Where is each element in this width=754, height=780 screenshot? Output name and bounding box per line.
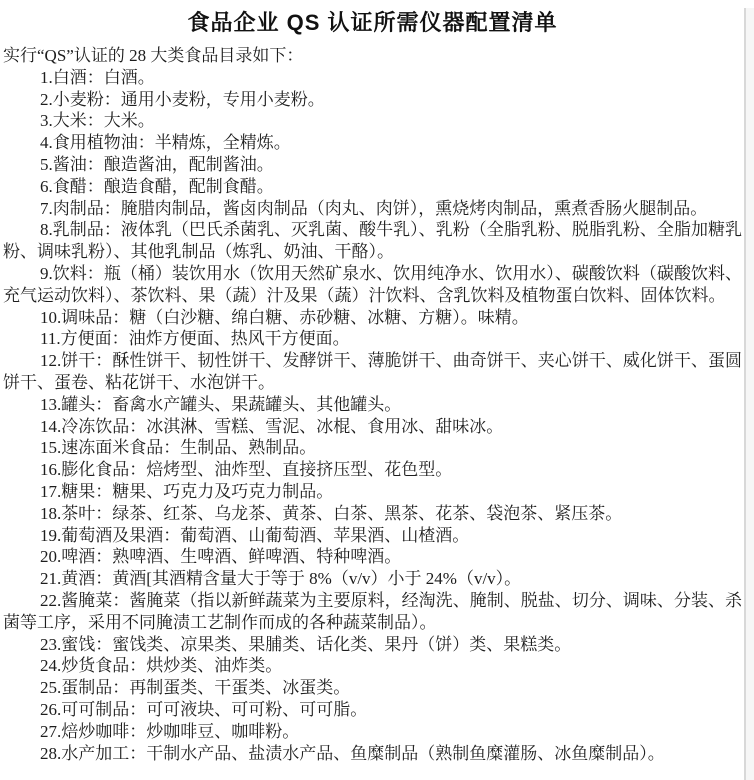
list-item-18: 18.茶叶：绿茶、红茶、乌龙茶、黄茶、白茶、黑茶、花茶、袋泡茶、紧压茶。 bbox=[3, 503, 742, 525]
list-item-1: 1.白酒：白酒。 bbox=[3, 67, 742, 89]
list-item-8: 8.乳制品：液体乳（巴氏杀菌乳、灭乳菌、酸牛乳）、乳粉（全脂乳粉、脱脂乳粉、全脂… bbox=[3, 219, 742, 263]
list-item-2: 2.小麦粉：通用小麦粉，专用小麦粉。 bbox=[3, 89, 742, 111]
list-item-5: 5.酱油：酿造酱油，配制酱油。 bbox=[3, 154, 742, 176]
document-content: 食品企业 QS 认证所需仪器配置清单 实行“QS”认证的 28 大类食品目录如下… bbox=[0, 8, 744, 764]
list-item-19: 19.葡萄酒及果酒：葡萄酒、山葡萄酒、苹果酒、山楂酒。 bbox=[3, 525, 742, 547]
scan-edge-right-margin bbox=[746, 8, 754, 780]
list-item-26: 26.可可制品：可可液块、可可粉、可可脂。 bbox=[3, 699, 742, 721]
list-item-7: 7.肉制品：腌腊肉制品，酱卤肉制品（肉丸、肉饼），熏烧烤肉制品，熏煮香肠火腿制品… bbox=[3, 198, 742, 220]
list-item-20: 20.啤酒：熟啤酒、生啤酒、鲜啤酒、特种啤酒。 bbox=[3, 546, 742, 568]
list-item-11: 11.方便面：油炸方便面、热风干方便面。 bbox=[3, 328, 742, 350]
list-item-3: 3.大米：大米。 bbox=[3, 110, 742, 132]
list-item-6: 6.食醋：酿造食醋，配制食醋。 bbox=[3, 176, 742, 198]
list-item-14: 14.冷冻饮品：冰淇淋、雪糕、雪泥、冰棍、食用冰、甜味冰。 bbox=[3, 416, 742, 438]
list-item-15: 15.速冻面米食品：生制品、熟制品。 bbox=[3, 437, 742, 459]
list-item-4: 4.食用植物油：半精炼，全精炼。 bbox=[3, 132, 742, 154]
list-item-17: 17.糖果：糖果、巧克力及巧克力制品。 bbox=[3, 481, 742, 503]
document-title: 食品企业 QS 认证所需仪器配置清单 bbox=[3, 8, 742, 37]
list-item-25: 25.蛋制品：再制蛋类、干蛋类、冰蛋类。 bbox=[3, 677, 742, 699]
list-item-22: 22.酱腌菜：酱腌菜（指以新鲜蔬菜为主要原料，经淘洗、腌制、脱盐、切分、调味、分… bbox=[3, 590, 742, 634]
list-item-13: 13.罐头：畜禽水产罐头、果蔬罐头、其他罐头。 bbox=[3, 394, 742, 416]
list-item-16: 16.膨化食品：焙烤型、油炸型、直接挤压型、花色型。 bbox=[3, 459, 742, 481]
list-item-12: 12.饼干：酥性饼干、韧性饼干、发酵饼干、薄脆饼干、曲奇饼干、夹心饼干、威化饼干… bbox=[3, 350, 742, 394]
list-item-24: 24.炒货食品：烘炒类、油炸类。 bbox=[3, 655, 742, 677]
list-item-27: 27.焙炒咖啡：炒咖啡豆、咖啡粉。 bbox=[3, 721, 742, 743]
intro-line: 实行“QS”认证的 28 大类食品目录如下： bbox=[3, 45, 742, 67]
list-item-9: 9.饮料：瓶（桶）装饮用水（饮用天然矿泉水、饮用纯净水、饮用水）、碳酸饮料（碳酸… bbox=[3, 263, 742, 307]
document-page: 食品企业 QS 认证所需仪器配置清单 实行“QS”认证的 28 大类食品目录如下… bbox=[0, 8, 754, 780]
list-item-28: 28.水产加工：干制水产品、盐渍水产品、鱼糜制品（熟制鱼糜灌肠、冰鱼糜制品）。 bbox=[3, 743, 742, 765]
list-item-23: 23.蜜饯：蜜饯类、凉果类、果脯类、话化类、果丹（饼）类、果糕类。 bbox=[3, 634, 742, 656]
list-item-21: 21.黄酒：黄酒[其酒精含量大于等于 8%（v/v）小于 24%（v/v）。 bbox=[3, 568, 742, 590]
list-item-10: 10.调味品：糖（白沙糖、绵白糖、赤砂糖、冰糖、方糖）。味精。 bbox=[3, 307, 742, 329]
